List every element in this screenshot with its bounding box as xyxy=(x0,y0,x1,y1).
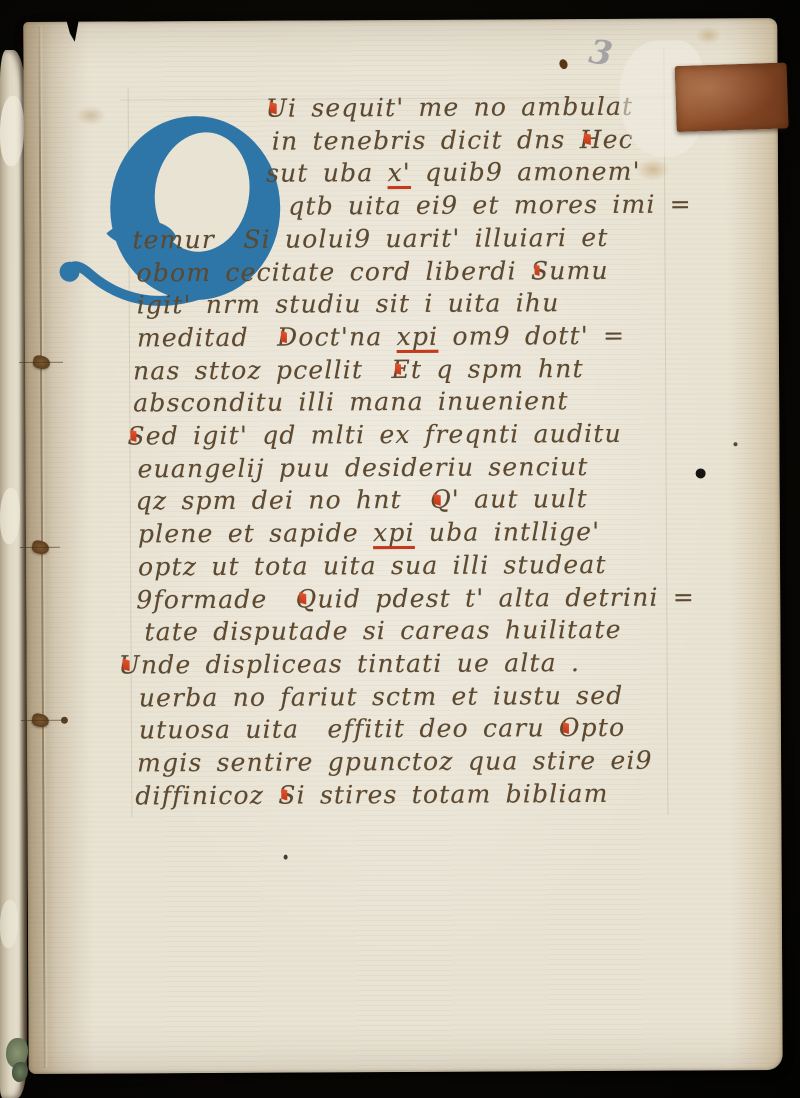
manuscript-text-line: meditad Doct'na xpi om9 dott' = xyxy=(137,319,733,355)
rubricated-letter: E xyxy=(391,354,411,387)
ink-text: diffinicoz xyxy=(135,780,278,810)
ink-text: ed igit' qd mlti ex freqnti auditu xyxy=(146,419,622,450)
ink-dot xyxy=(696,468,706,478)
rubricated-letter: U xyxy=(119,649,141,682)
ink-text: mgis sentire gpunctoz qua stire ei9 xyxy=(137,746,653,778)
ink-text: oct'na xyxy=(298,322,396,352)
ink-text: uid pdest t' alta detrini = xyxy=(317,582,695,613)
manuscript-page: Ui sequit' me no ambulatin tenebris dici… xyxy=(23,18,782,1074)
rubricated-letter: O xyxy=(559,712,581,745)
ink-text: pto xyxy=(581,713,626,742)
ink-text: nas sttoz pcellit xyxy=(133,355,392,385)
manuscript-text-line: utuosa uita effitit deo caru Opto xyxy=(139,712,735,748)
folio-number: 3 xyxy=(587,31,616,73)
red-underlined-word: x' xyxy=(387,158,411,187)
manuscript-text-line: euangelij puu desideriu senciut xyxy=(138,450,734,486)
ink-text: tate disputade si careas huilitate xyxy=(144,615,621,646)
rubricated-letter: U xyxy=(266,93,288,126)
sewing-stitch xyxy=(20,547,60,548)
manuscript-text-line: temur Si uolui9 uarit' illuiari et xyxy=(132,221,732,257)
manuscript-text-block: Ui sequit' me no ambulatin tenebris dici… xyxy=(132,90,736,813)
ink-text: i stires totam bibliam xyxy=(297,779,609,810)
ink-text: optz ut tota uita sua illi studeat xyxy=(138,550,607,581)
ink-speck xyxy=(733,442,737,446)
manuscript-text-line: nas sttoz pcellit Et q spm hnt xyxy=(133,352,733,388)
ink-text: 9formade xyxy=(136,584,296,614)
rubricated-letter: S xyxy=(531,255,549,288)
rubricated-letter: S xyxy=(127,420,145,453)
ink-text: om9 dott' = xyxy=(438,321,625,351)
manuscript-text-line: Sed igit' qd mlti ex freqnti auditu xyxy=(127,417,733,453)
manuscript-text-line: mgis sentire gpunctoz qua stire ei9 xyxy=(137,744,735,780)
manuscript-text-line: plene et sapide xpi uba intllige' xyxy=(138,515,734,551)
rubricated-letter: Q xyxy=(296,583,318,616)
ink-text: t q spm hnt xyxy=(411,354,584,384)
manuscript-text-line: Unde displiceas tintati ue alta . xyxy=(119,646,735,682)
ink-text: qz spm dei no hnt xyxy=(136,485,431,516)
rubricated-letter: H xyxy=(580,124,603,157)
ink-text: qtb uita ei9 et mores imi = xyxy=(288,190,692,221)
ink-text: obom cecitate cord liberdi xyxy=(136,256,530,287)
ink-text: uerba no fariut sctm et iustu sed xyxy=(139,681,624,713)
ink-text: ' aut uult xyxy=(452,484,588,514)
ink-text: euangelij puu desideriu senciut xyxy=(138,452,589,483)
manuscript-photo: Ui sequit' me no ambulatin tenebris dici… xyxy=(0,0,800,1098)
ink-text: meditad xyxy=(137,323,277,353)
manuscript-text-line: optz ut tota uita sua illi studeat xyxy=(138,548,734,584)
sewing-stitch xyxy=(21,720,61,721)
rubricated-letter: Q xyxy=(430,484,452,517)
rubricated-letter: S xyxy=(278,779,296,812)
manuscript-text-line: absconditu illi mana inuenient xyxy=(133,385,733,421)
manuscript-text-line: tate disputade si careas huilitate xyxy=(144,614,734,650)
ink-text: umu xyxy=(549,255,609,284)
manuscript-text-line: obom cecitate cord liberdi Sumu xyxy=(136,254,732,290)
red-underlined-word: xpi xyxy=(397,322,439,351)
stain xyxy=(636,159,670,181)
manuscript-text-line: diffinicoz Si stires totam bibliam xyxy=(135,777,735,813)
ink-text: igit' nrm studiu sit i uita ihu xyxy=(137,288,560,319)
ink-text: sut uba xyxy=(266,158,388,188)
manuscript-text-line: qtb uita ei9 et mores imi = xyxy=(288,188,732,223)
ink-dot xyxy=(558,58,569,70)
ink-text: in tenebris dicit dns xyxy=(272,125,580,156)
ink-text: temur Si uolui9 uarit' illuiari et xyxy=(132,223,608,254)
paper-flap xyxy=(0,900,18,948)
ink-text: absconditu illi mana inuenient xyxy=(133,386,569,417)
paper-flap xyxy=(0,488,20,544)
leather-repair-tab xyxy=(675,62,789,132)
stain xyxy=(76,106,106,126)
stain xyxy=(695,26,721,44)
manuscript-text-line: igit' nrm studiu sit i uita ihu xyxy=(137,286,733,322)
ink-text: plene et sapide xyxy=(138,518,373,548)
ink-speck xyxy=(284,855,288,860)
ink-text: quib9 amonem' xyxy=(411,157,641,187)
manuscript-text-line: uerba no fariut sctm et iustu sed xyxy=(139,679,735,715)
paper-flap xyxy=(0,96,24,166)
ink-text: utuosa uita effitit deo caru xyxy=(139,714,559,745)
ink-text: i sequit' me no ambulat xyxy=(288,92,633,123)
red-underlined-word: xpi xyxy=(373,518,415,547)
ink-text: uba intllige' xyxy=(415,517,601,547)
ink-text: nde displiceas tintati ue alta . xyxy=(141,648,580,679)
sewing-thread xyxy=(12,1062,28,1082)
manuscript-text-line: qz spm dei no hnt Q' aut uult xyxy=(136,483,734,519)
rubricated-letter: D xyxy=(277,321,298,354)
sewing-hole xyxy=(61,717,68,724)
manuscript-text-line: 9formade Quid pdest t' alta detrini = xyxy=(136,581,734,617)
